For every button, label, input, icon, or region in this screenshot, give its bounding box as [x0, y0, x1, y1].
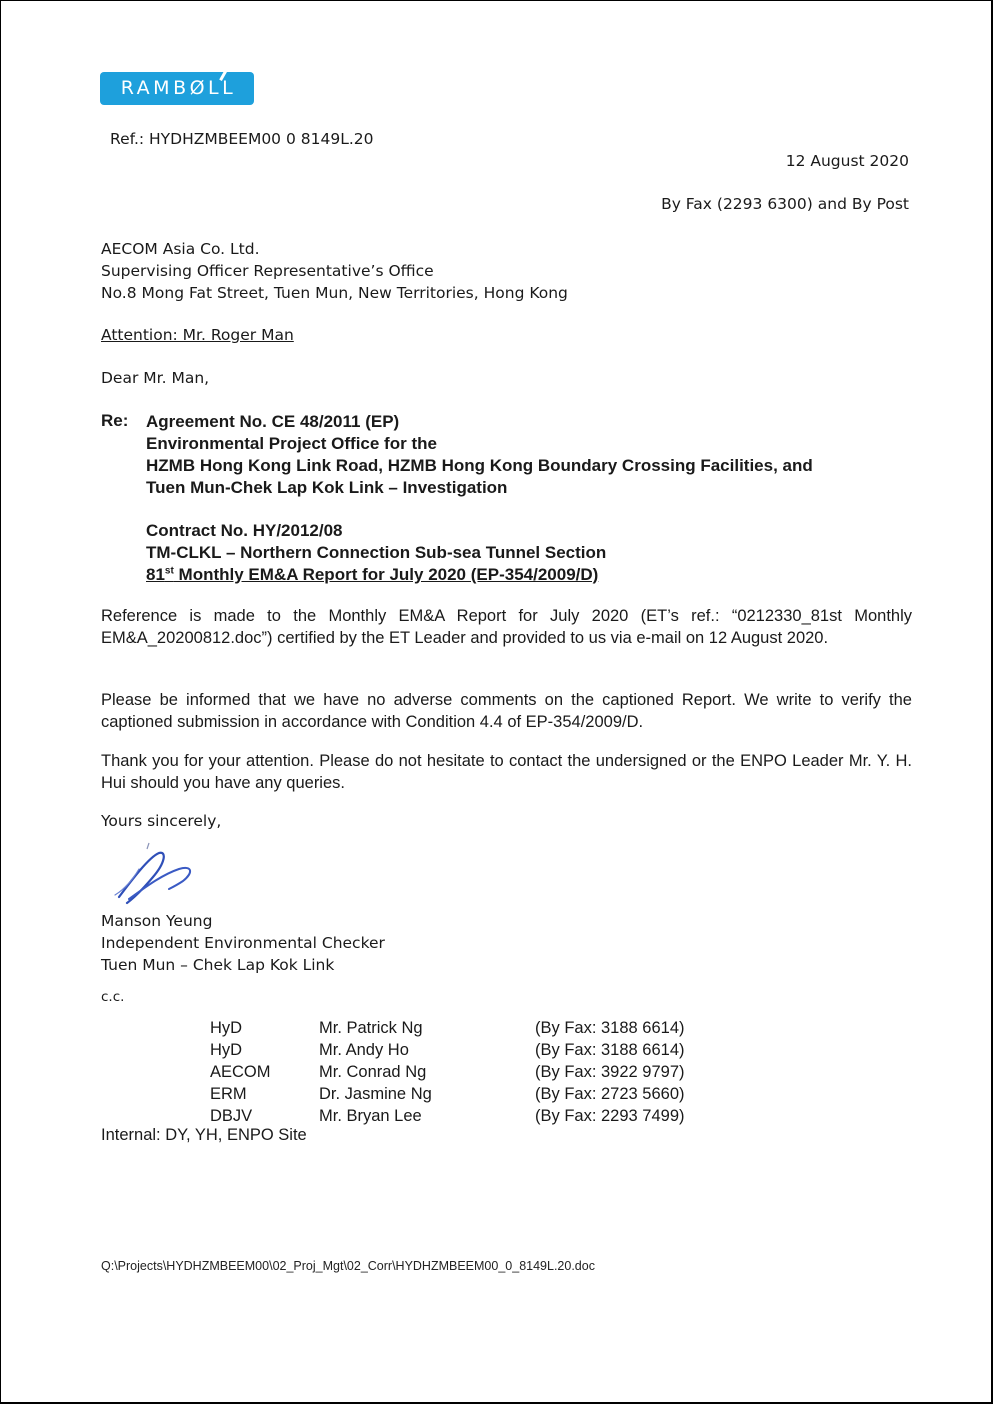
reference-number: Ref.: HYDHZMBEEM00 0 8149L.20: [110, 130, 374, 148]
signature-image: [109, 839, 204, 907]
cc-org: ERM: [210, 1083, 319, 1105]
cc-row: HyD Mr. Andy Ho (By Fax: 3188 6614): [210, 1039, 685, 1061]
contract-number: Contract No. HY/2012/08: [146, 520, 606, 542]
cc-fax: (By Fax: 3188 6614): [535, 1039, 685, 1061]
signer-block: Manson Yeung Independent Environmental C…: [101, 910, 385, 976]
body-paragraph-3: Thank you for your attention. Please do …: [101, 751, 912, 794]
recipient-office: Supervising Officer Representative’s Off…: [101, 260, 568, 282]
logo-text: RAMBØLL: [121, 77, 236, 99]
cc-name: Dr. Jasmine Ng: [319, 1083, 535, 1105]
signer-project: Tuen Mun – Chek Lap Kok Link: [101, 954, 385, 976]
cc-org: HyD: [210, 1017, 319, 1039]
ramboll-logo: RAMBØLL: [100, 72, 254, 105]
recipient-company: AECOM Asia Co. Ltd.: [101, 238, 568, 260]
body-paragraph-1: Reference is made to the Monthly EM&A Re…: [101, 606, 912, 649]
signer-name: Manson Yeung: [101, 910, 385, 932]
cc-list: HyD Mr. Patrick Ng (By Fax: 3188 6614) H…: [210, 1017, 685, 1127]
subject-line: Agreement No. CE 48/2011 (EP): [146, 411, 813, 433]
cc-name: Mr. Andy Ho: [319, 1039, 535, 1061]
delivery-method: By Fax (2293 6300) and By Post: [661, 195, 909, 213]
cc-label: c.c.: [101, 989, 124, 1005]
file-path-footer: Q:\Projects\HYDHZMBEEM00\02_Proj_Mgt\02_…: [101, 1259, 595, 1273]
salutation: Dear Mr. Man,: [101, 369, 209, 387]
cc-row: ERM Dr. Jasmine Ng (By Fax: 2723 5660): [210, 1083, 685, 1105]
subject-line: Environmental Project Office for the: [146, 433, 813, 455]
subject-line: Tuen Mun-Chek Lap Kok Link – Investigati…: [146, 477, 813, 499]
recipient-street: No.8 Mong Fat Street, Tuen Mun, New Terr…: [101, 282, 568, 304]
cc-row: DBJV Mr. Bryan Lee (By Fax: 2293 7499): [210, 1105, 685, 1127]
recipient-address: AECOM Asia Co. Ltd. Supervising Officer …: [101, 238, 568, 304]
body-paragraph-2: Please be informed that we have no adver…: [101, 690, 912, 733]
contract-block: Contract No. HY/2012/08 TM-CLKL – Northe…: [146, 520, 606, 586]
subject-label: Re:: [101, 411, 128, 431]
letter-page: RAMBØLL Ref.: HYDHZMBEEM00 0 8149L.20 12…: [0, 0, 993, 1404]
internal-distribution: Internal: DY, YH, ENPO Site: [101, 1126, 307, 1145]
subject-block: Agreement No. CE 48/2011 (EP) Environmen…: [146, 411, 813, 499]
letter-date: 12 August 2020: [786, 152, 909, 170]
cc-fax: (By Fax: 3188 6614): [535, 1017, 685, 1039]
cc-fax: (By Fax: 2293 7499): [535, 1105, 685, 1127]
subject-line: HZMB Hong Kong Link Road, HZMB Hong Kong…: [146, 455, 813, 477]
signer-title: Independent Environmental Checker: [101, 932, 385, 954]
cc-row: HyD Mr. Patrick Ng (By Fax: 3188 6614): [210, 1017, 685, 1039]
cc-row: AECOM Mr. Conrad Ng (By Fax: 3922 9797): [210, 1061, 685, 1083]
attention-line: Attention: Mr. Roger Man: [101, 326, 294, 344]
report-title: 81st Monthly EM&A Report for July 2020 (…: [146, 564, 606, 586]
cc-org: AECOM: [210, 1061, 319, 1083]
cc-name: Mr. Conrad Ng: [319, 1061, 535, 1083]
cc-org: DBJV: [210, 1105, 319, 1127]
closing: Yours sincerely,: [101, 812, 221, 830]
cc-name: Mr. Patrick Ng: [319, 1017, 535, 1039]
cc-fax: (By Fax: 3922 9797): [535, 1061, 685, 1083]
cc-name: Mr. Bryan Lee: [319, 1105, 535, 1127]
cc-org: HyD: [210, 1039, 319, 1061]
cc-fax: (By Fax: 2723 5660): [535, 1083, 685, 1105]
contract-section: TM-CLKL – Northern Connection Sub-sea Tu…: [146, 542, 606, 564]
